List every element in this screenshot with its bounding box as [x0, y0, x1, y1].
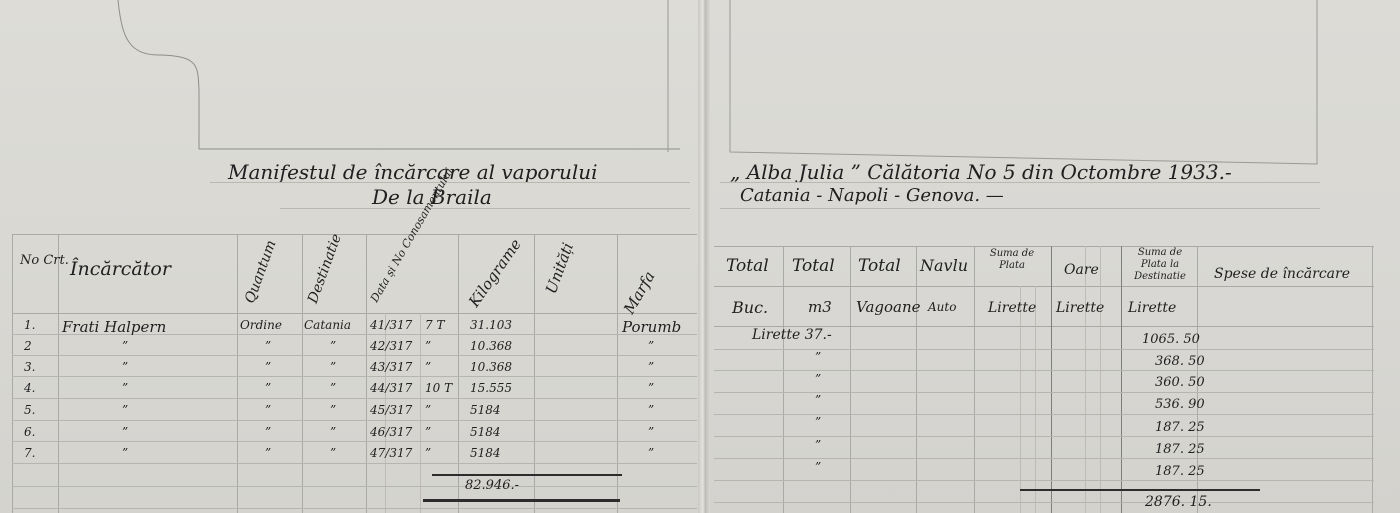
m3-ditto: ”: [815, 393, 821, 407]
sub-divider: [1085, 246, 1086, 513]
row-rule: [12, 355, 697, 356]
goods: ”: [648, 381, 654, 395]
header-total-vagoane-2: Vagoane: [856, 298, 921, 316]
table-border: [1372, 246, 1373, 513]
row-rule: [714, 370, 1374, 371]
header-suma-plata-2: Lirette: [988, 300, 1036, 316]
row-rule: [714, 392, 1374, 393]
goods: ”: [648, 403, 654, 417]
row-number: 7.: [24, 446, 35, 460]
goods: ”: [648, 425, 654, 439]
sum-rule: [1020, 489, 1260, 491]
header-total-m3-1: Total: [792, 256, 835, 276]
bill-extra: ”: [425, 403, 431, 417]
table-border: [714, 246, 1374, 247]
row-rule: [12, 441, 697, 442]
column-divider: [617, 234, 618, 513]
column-divider: [366, 234, 367, 513]
quantum: ”: [265, 403, 271, 417]
sub-divider: [420, 313, 421, 513]
destination: ”: [330, 446, 336, 460]
double-sum-rule: [423, 499, 620, 502]
quantum: ”: [265, 360, 271, 374]
row-rule: [12, 463, 697, 464]
goods: Porumb: [622, 318, 681, 336]
column-divider: [302, 234, 303, 513]
destination: ”: [330, 339, 336, 353]
destination-amount: 187. 25: [1155, 464, 1205, 479]
column-divider: [1121, 246, 1122, 513]
row-rule: [714, 458, 1374, 459]
title-left-line1: Manifestul de încărcare al vaporului: [228, 160, 598, 184]
shipper: ”: [122, 425, 128, 439]
header-suma-plata-1: Suma de Plata: [982, 248, 1042, 272]
goods: ”: [648, 446, 654, 460]
left-frame-drawing: [0, 0, 700, 160]
table-border: [714, 286, 1374, 287]
column-divider: [58, 234, 59, 513]
sub-divider: [1035, 286, 1036, 513]
destination-amount: 1065. 50: [1142, 332, 1200, 347]
shipper: ”: [122, 339, 128, 353]
bill-extra: ”: [425, 425, 431, 439]
quantum: ”: [265, 339, 271, 353]
destination: ”: [330, 403, 336, 417]
kilograms: 10.368: [470, 339, 512, 353]
title-rule: [720, 208, 1320, 209]
header-total-vagoane-1: Total: [858, 256, 901, 276]
kilograms: 5184: [470, 403, 501, 417]
row-rule: [12, 486, 697, 487]
row-rule: [714, 414, 1374, 415]
destination-amount: 187. 25: [1155, 442, 1205, 457]
kilograms: 31.103: [470, 318, 512, 332]
bill-extra: ”: [425, 360, 431, 374]
header-incarcator: Încărcător: [70, 258, 171, 280]
destination-amount: 368. 50: [1155, 354, 1205, 369]
header-oare-2: Lirette: [1056, 300, 1104, 316]
row-number: 4.: [24, 381, 35, 395]
header-total-buc-1: Total: [726, 256, 769, 276]
total-kilograme: 82.946.-: [465, 478, 519, 493]
column-divider: [458, 234, 459, 513]
column-divider: [974, 246, 975, 513]
row-number: 1.: [24, 318, 35, 332]
shipper: Frati Halpern: [62, 318, 166, 336]
row-rule: [12, 420, 697, 421]
destination-amount: 360. 50: [1155, 375, 1205, 390]
row-rule: [714, 502, 1374, 503]
m3-ditto: ”: [815, 460, 821, 474]
bill-of-lading: 46/317: [370, 425, 412, 439]
header-total-m3-2: m3: [808, 298, 832, 316]
bill-extra: 7 T: [425, 318, 444, 332]
bill-of-lading: 43/317: [370, 360, 412, 374]
bill-of-lading: 42/317: [370, 339, 412, 353]
column-divider: [534, 234, 535, 513]
kilograms: 5184: [470, 425, 501, 439]
m3-ditto: ”: [815, 350, 821, 364]
destination-amount: 536. 90: [1155, 397, 1205, 412]
bill-extra: ”: [425, 339, 431, 353]
column-divider: [237, 234, 238, 513]
shipper: ”: [122, 381, 128, 395]
bill-of-lading: 47/317: [370, 446, 412, 460]
table-border: [12, 234, 13, 513]
header-navlu-2: Auto: [928, 300, 956, 314]
column-divider: [850, 246, 851, 513]
shipper: ”: [122, 446, 128, 460]
header-spese: Spese de încărcare: [1214, 266, 1350, 282]
header-navlu-1: Navlu: [920, 256, 968, 275]
header-oare-1: Oare: [1064, 262, 1099, 278]
table-border: [12, 313, 697, 314]
sub-divider: [1020, 286, 1021, 513]
m3-ditto: ”: [815, 372, 821, 386]
column-divider: [1051, 246, 1052, 513]
quantum: ”: [265, 381, 271, 395]
header-suma-destinatie-1: Suma de Plata la Destinatie: [1124, 247, 1196, 283]
kilograms: 10.368: [470, 360, 512, 374]
bill-extra: 10 T: [425, 381, 452, 395]
bill-of-lading: 45/317: [370, 403, 412, 417]
row-number: 2: [24, 339, 32, 353]
m3-ditto: ”: [815, 415, 821, 429]
header-total-buc-2: Buc.: [732, 298, 768, 317]
row-rule: [714, 480, 1374, 481]
row-rule: [714, 436, 1374, 437]
title-rule: [720, 182, 1320, 183]
m3-ditto: ”: [815, 438, 821, 452]
goods: ”: [648, 360, 654, 374]
row-rule: [12, 376, 697, 377]
row-rule: [714, 349, 1374, 350]
row-number: 3.: [24, 360, 35, 374]
destination: Catania: [304, 318, 351, 332]
bill-extra: ”: [425, 446, 431, 460]
bill-of-lading: 44/317: [370, 381, 412, 395]
row-rule: [12, 398, 697, 399]
shipper: ”: [122, 403, 128, 417]
destination-amount: 187. 25: [1155, 420, 1205, 435]
column-divider: [916, 246, 917, 513]
total-destinatie: 2876. 15.: [1145, 494, 1212, 510]
row-number: 6.: [24, 425, 35, 439]
shipper: ”: [122, 360, 128, 374]
header-nr: No Crt.: [20, 252, 54, 270]
row-number: 5.: [24, 403, 35, 417]
sub-divider: [1100, 246, 1101, 513]
header-suma-destinatie-2: Lirette: [1128, 300, 1176, 316]
table-border: [12, 234, 697, 235]
quantum: ”: [265, 446, 271, 460]
destination: ”: [330, 381, 336, 395]
title-right-line2: Catania - Napoli - Genova. —: [740, 185, 1004, 206]
quantum: ”: [265, 425, 271, 439]
destination: ”: [330, 425, 336, 439]
kilograms: 15.555: [470, 381, 512, 395]
bill-of-lading: 41/317: [370, 318, 412, 332]
quantum: Ordine: [240, 318, 282, 332]
kilograms: 5184: [470, 446, 501, 460]
goods: ”: [648, 339, 654, 353]
column-divider: [783, 246, 784, 513]
rate-note: Lirette 37.-: [752, 327, 832, 343]
right-frame-drawing: [700, 0, 1400, 170]
title-rule: [210, 182, 690, 183]
title-right-line1: „ Alba Julia ” Călătoria No 5 din Octomb…: [730, 160, 1232, 184]
destination: ”: [330, 360, 336, 374]
sum-rule: [432, 474, 622, 476]
title-rule: [280, 208, 690, 209]
row-rule: [12, 508, 697, 509]
